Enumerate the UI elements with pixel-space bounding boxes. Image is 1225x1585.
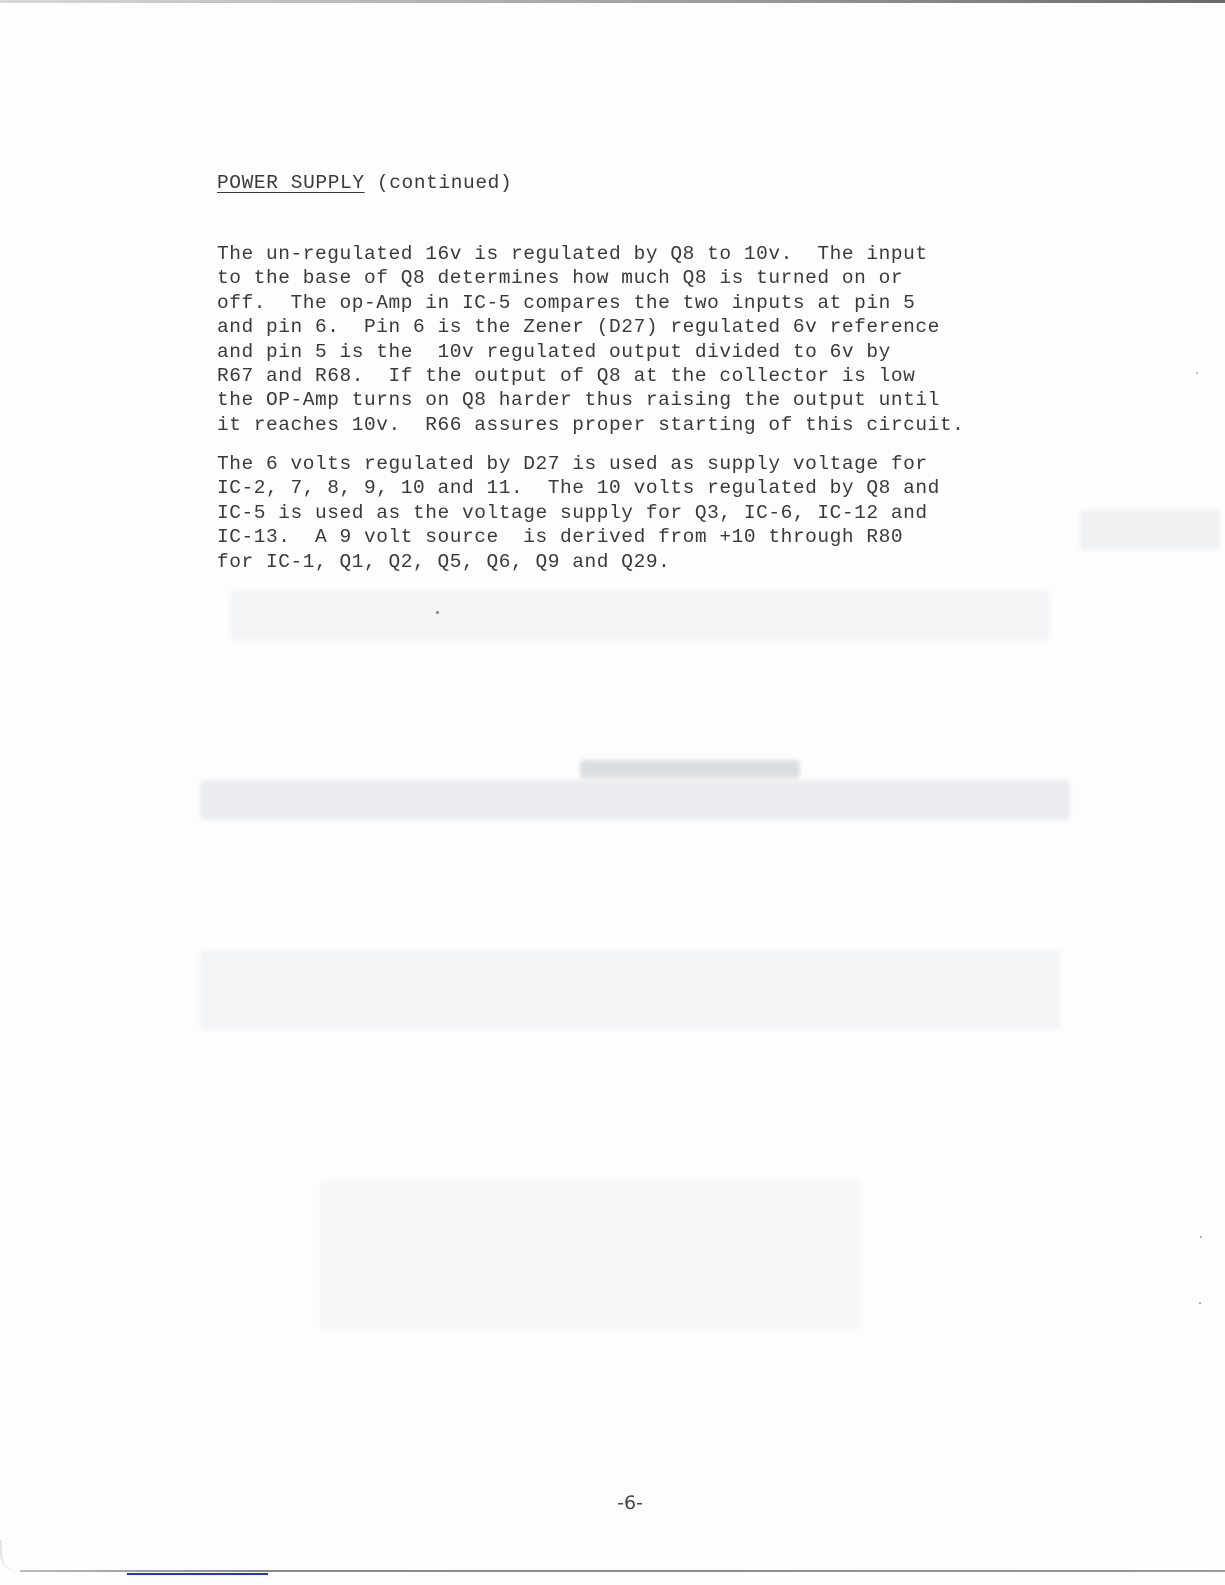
bleed-through-artifact <box>200 950 1060 1030</box>
bleed-through-artifact <box>1080 510 1220 550</box>
blue-scan-line <box>127 1573 268 1575</box>
scanned-page: POWER SUPPLY (continued) The un-regulate… <box>0 0 1225 1585</box>
scan-speck <box>436 611 439 614</box>
text-line: and pin 5 is the 10v regulated output di… <box>217 341 891 363</box>
text-line: IC-5 is used as the voltage supply for Q… <box>217 502 928 524</box>
bleed-through-artifact <box>580 760 800 778</box>
page-top-edge <box>0 0 1225 3</box>
text-line: and pin 6. Pin 6 is the Zener (D27) regu… <box>217 316 940 338</box>
text-line: to the base of Q8 determines how much Q8… <box>217 267 903 289</box>
bleed-through-artifact <box>320 1180 860 1330</box>
text-line: The un-regulated 16v is regulated by Q8 … <box>217 243 928 265</box>
paragraph: The un-regulated 16v is regulated by Q8 … <box>217 242 964 437</box>
scan-speck <box>1196 372 1198 374</box>
text-line: off. The op-Amp in IC-5 compares the two… <box>217 292 915 314</box>
bleed-through-artifact <box>230 590 1050 640</box>
scan-speck <box>1199 1302 1201 1304</box>
bleed-through-artifact <box>200 780 1070 820</box>
paragraph: The 6 volts regulated by D27 is used as … <box>217 452 940 574</box>
heading-title: POWER SUPPLY <box>217 172 365 194</box>
text-line: it reaches 10v. R66 assures proper start… <box>217 414 964 436</box>
text-line: the OP-Amp turns on Q8 harder thus raisi… <box>217 389 940 411</box>
scan-speck <box>1200 1236 1202 1238</box>
text-line: R67 and R68. If the output of Q8 at the … <box>217 365 915 387</box>
page-corner-curl <box>0 1540 42 1572</box>
text-line: The 6 volts regulated by D27 is used as … <box>217 453 928 475</box>
page-number: -6- <box>0 1492 1225 1514</box>
section-heading: POWER SUPPLY (continued) <box>217 172 512 194</box>
page-bottom-edge <box>20 1570 1225 1572</box>
text-line: IC-2, 7, 8, 9, 10 and 11. The 10 volts r… <box>217 477 940 499</box>
heading-suffix: (continued) <box>365 172 513 194</box>
text-line: for IC-1, Q1, Q2, Q5, Q6, Q9 and Q29. <box>217 551 670 573</box>
text-line: IC-13. A 9 volt source is derived from +… <box>217 526 903 548</box>
